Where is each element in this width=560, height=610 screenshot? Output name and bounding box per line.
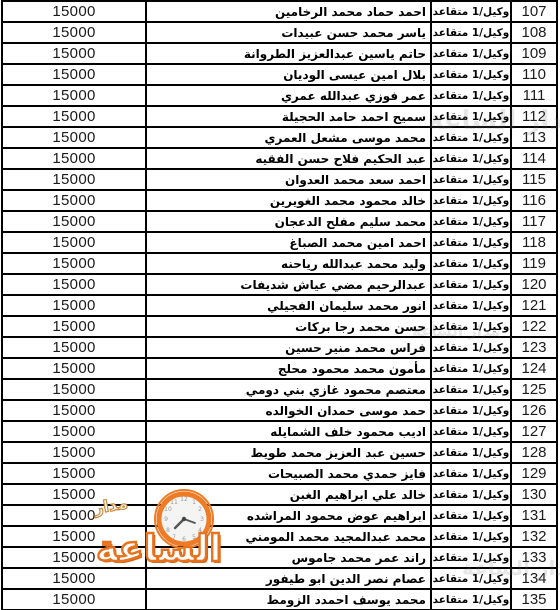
row-number-cell: 109 bbox=[511, 43, 557, 64]
table-row: 15000 ياسر محمد حسن عبيدات وكيل/1 متقاعد… bbox=[2, 22, 557, 43]
amount-cell: 15000 bbox=[2, 127, 146, 148]
row-number-cell: 128 bbox=[511, 442, 557, 463]
rank-cell: وكيل/1 متقاعد bbox=[431, 484, 511, 505]
name-cell: محمد عبدالمجيد محمد المومني bbox=[146, 526, 431, 547]
row-number-cell: 107 bbox=[511, 1, 557, 22]
amount-cell: 15000 bbox=[2, 106, 146, 127]
name-cell: فايز حمدي محمد الصبيحات bbox=[146, 463, 431, 484]
name-cell: محمد يوسف احمدد الزومط bbox=[146, 589, 431, 610]
row-number-cell: 124 bbox=[511, 358, 557, 379]
rank-cell: وكيل/1 متقاعد bbox=[431, 505, 511, 526]
table-row: 15000 محمد عبدالمجيد محمد المومني وكيل/1… bbox=[2, 526, 557, 547]
rank-cell: وكيل/1 متقاعد bbox=[431, 148, 511, 169]
amount-cell: 15000 bbox=[2, 253, 146, 274]
table-body: 15000 احمد حماد محمد الرخامين وكيل/1 متق… bbox=[2, 1, 557, 610]
row-number-cell: 115 bbox=[511, 169, 557, 190]
name-cell: راند عمر محمد جاموس bbox=[146, 547, 431, 568]
name-cell: محمد سليم مفلح الدعجان bbox=[146, 211, 431, 232]
amount-cell: 15000 bbox=[2, 232, 146, 253]
rank-cell: وكيل/1 متقاعد bbox=[431, 169, 511, 190]
table-row: 15000 عبد الحكيم فلاح حسن الفقيه وكيل/1 … bbox=[2, 148, 557, 169]
amount-cell: 15000 bbox=[2, 337, 146, 358]
amount-cell: 15000 bbox=[2, 568, 146, 589]
name-cell: خالد علي ابراهيم الغبن bbox=[146, 484, 431, 505]
row-number-cell: 113 bbox=[511, 127, 557, 148]
row-number-cell: 132 bbox=[511, 526, 557, 547]
table-row: 15000 حمد موسى حمدان الخوالده وكيل/1 متق… bbox=[2, 400, 557, 421]
table-row: 15000 فايز حمدي محمد الصبيحات وكيل/1 متق… bbox=[2, 463, 557, 484]
rank-cell: وكيل/1 متقاعد bbox=[431, 547, 511, 568]
amount-cell: 15000 bbox=[2, 64, 146, 85]
row-number-cell: 111 bbox=[511, 85, 557, 106]
rank-cell: وكيل/1 متقاعد bbox=[431, 232, 511, 253]
name-cell: اديب محمود خلف الشمايله bbox=[146, 421, 431, 442]
row-number-cell: 127 bbox=[511, 421, 557, 442]
row-number-cell: 133 bbox=[511, 547, 557, 568]
rank-cell: وكيل/1 متقاعد bbox=[431, 379, 511, 400]
amount-cell: 15000 bbox=[2, 190, 146, 211]
table-row: 15000 وليد محمد عبدالله رياحنه وكيل/1 مت… bbox=[2, 253, 557, 274]
amount-cell: 15000 bbox=[2, 589, 146, 610]
table-row: 15000 احمد حماد محمد الرخامين وكيل/1 متق… bbox=[2, 1, 557, 22]
name-cell: احمد امين محمد الصباغ bbox=[146, 232, 431, 253]
amount-cell: 15000 bbox=[2, 526, 146, 547]
name-cell: ياسر محمد حسن عبيدات bbox=[146, 22, 431, 43]
table-row: 15000 سميح احمد حامد الحجيلة وكيل/1 متقا… bbox=[2, 106, 557, 127]
screenshot-root: { "table": { "rows": [ {"no":"107","name… bbox=[0, 0, 560, 610]
amount-cell: 15000 bbox=[2, 379, 146, 400]
amount-cell: 15000 bbox=[2, 400, 146, 421]
rank-cell: وكيل/1 متقاعد bbox=[431, 1, 511, 22]
name-cell: سميح احمد حامد الحجيلة bbox=[146, 106, 431, 127]
pension-table: 15000 احمد حماد محمد الرخامين وكيل/1 متق… bbox=[1, 0, 558, 610]
table-row: 15000 عصام نصر الدين ابو طيفور وكيل/1 مت… bbox=[2, 568, 557, 589]
name-cell: حمد موسى حمدان الخوالده bbox=[146, 400, 431, 421]
rank-cell: وكيل/1 متقاعد bbox=[431, 274, 511, 295]
name-cell: عمر فوزي عبدالله عمري bbox=[146, 85, 431, 106]
amount-cell: 15000 bbox=[2, 211, 146, 232]
row-number-cell: 122 bbox=[511, 316, 557, 337]
amount-cell: 15000 bbox=[2, 148, 146, 169]
row-number-cell: 125 bbox=[511, 379, 557, 400]
name-cell: محمد موسى مشعل العمري bbox=[146, 127, 431, 148]
table-row: 15000 حسن محمد رجا بركات وكيل/1 متقاعد 1… bbox=[2, 316, 557, 337]
row-number-cell: 119 bbox=[511, 253, 557, 274]
row-number-cell: 116 bbox=[511, 190, 557, 211]
row-number-cell: 135 bbox=[511, 589, 557, 610]
table-row: 15000 عمر فوزي عبدالله عمري وكيل/1 متقاع… bbox=[2, 85, 557, 106]
rank-cell: وكيل/1 متقاعد bbox=[431, 190, 511, 211]
name-cell: بلال امين عيسى الوديان bbox=[146, 64, 431, 85]
row-number-cell: 120 bbox=[511, 274, 557, 295]
table-row: 15000 فراس محمد منير حسين وكيل/1 متقاعد … bbox=[2, 337, 557, 358]
table-row: 15000 انور محمد سليمان الفجيلي وكيل/1 مت… bbox=[2, 295, 557, 316]
amount-cell: 15000 bbox=[2, 547, 146, 568]
table-row: 15000 اديب محمود خلف الشمايله وكيل/1 متق… bbox=[2, 421, 557, 442]
amount-cell: 15000 bbox=[2, 85, 146, 106]
rank-cell: وكيل/1 متقاعد bbox=[431, 400, 511, 421]
name-cell: خالد محمود محمد الغويرين bbox=[146, 190, 431, 211]
table-row: 15000 خالد علي ابراهيم الغبن وكيل/1 متقا… bbox=[2, 484, 557, 505]
amount-cell: 15000 bbox=[2, 43, 146, 64]
name-cell: حاتم ياسين عبدالعزيز الطروانة bbox=[146, 43, 431, 64]
table-row: 15000 خالد محمود محمد الغويرين وكيل/1 مت… bbox=[2, 190, 557, 211]
table-row: 15000 عبدالرحيم مضي عياش شديفات وكيل/1 م… bbox=[2, 274, 557, 295]
row-number-cell: 129 bbox=[511, 463, 557, 484]
row-number-cell: 131 bbox=[511, 505, 557, 526]
table-row: 15000 احمد سعد محمد العدوان وكيل/1 متقاع… bbox=[2, 169, 557, 190]
row-number-cell: 108 bbox=[511, 22, 557, 43]
name-cell: حسن محمد رجا بركات bbox=[146, 316, 431, 337]
amount-cell: 15000 bbox=[2, 442, 146, 463]
amount-cell: 15000 bbox=[2, 505, 146, 526]
row-number-cell: 114 bbox=[511, 148, 557, 169]
name-cell: عبد الحكيم فلاح حسن الفقيه bbox=[146, 148, 431, 169]
rank-cell: وكيل/1 متقاعد bbox=[431, 295, 511, 316]
table-row: 15000 محمد سليم مفلح الدعجان وكيل/1 متقا… bbox=[2, 211, 557, 232]
table-row: 15000 حسين عبد العزيز محمد طويط وكيل/1 م… bbox=[2, 442, 557, 463]
row-number-cell: 110 bbox=[511, 64, 557, 85]
amount-cell: 15000 bbox=[2, 463, 146, 484]
amount-cell: 15000 bbox=[2, 358, 146, 379]
rank-cell: وكيل/1 متقاعد bbox=[431, 589, 511, 610]
name-cell: فراس محمد منير حسين bbox=[146, 337, 431, 358]
row-number-cell: 112 bbox=[511, 106, 557, 127]
table-row: 15000 معتصم محمود غازي بني دومي وكيل/1 م… bbox=[2, 379, 557, 400]
table-row: 15000 احمد امين محمد الصباغ وكيل/1 متقاع… bbox=[2, 232, 557, 253]
amount-cell: 15000 bbox=[2, 22, 146, 43]
amount-cell: 15000 bbox=[2, 295, 146, 316]
row-number-cell: 134 bbox=[511, 568, 557, 589]
rank-cell: وكيل/1 متقاعد bbox=[431, 421, 511, 442]
rank-cell: وكيل/1 متقاعد bbox=[431, 463, 511, 484]
rank-cell: وكيل/1 متقاعد bbox=[431, 211, 511, 232]
name-cell: ابراهيم عوض محمود المراشده bbox=[146, 505, 431, 526]
name-cell: عصام نصر الدين ابو طيفور bbox=[146, 568, 431, 589]
amount-cell: 15000 bbox=[2, 274, 146, 295]
rank-cell: وكيل/1 متقاعد bbox=[431, 22, 511, 43]
amount-cell: 15000 bbox=[2, 316, 146, 337]
row-number-cell: 123 bbox=[511, 337, 557, 358]
row-number-cell: 117 bbox=[511, 211, 557, 232]
name-cell: حسين عبد العزيز محمد طويط bbox=[146, 442, 431, 463]
rank-cell: وكيل/1 متقاعد bbox=[431, 106, 511, 127]
rank-cell: وكيل/1 متقاعد bbox=[431, 64, 511, 85]
amount-cell: 15000 bbox=[2, 421, 146, 442]
rank-cell: وكيل/1 متقاعد bbox=[431, 316, 511, 337]
rank-cell: وكيل/1 متقاعد bbox=[431, 526, 511, 547]
rank-cell: وكيل/1 متقاعد bbox=[431, 85, 511, 106]
name-cell: معتصم محمود غازي بني دومي bbox=[146, 379, 431, 400]
row-number-cell: 130 bbox=[511, 484, 557, 505]
table-row: 15000 محمد موسى مشعل العمري وكيل/1 متقاع… bbox=[2, 127, 557, 148]
table-row: 15000 بلال امين عيسى الوديان وكيل/1 متقا… bbox=[2, 64, 557, 85]
name-cell: عبدالرحيم مضي عياش شديفات bbox=[146, 274, 431, 295]
rank-cell: وكيل/1 متقاعد bbox=[431, 568, 511, 589]
name-cell: احمد سعد محمد العدوان bbox=[146, 169, 431, 190]
name-cell: وليد محمد عبدالله رياحنه bbox=[146, 253, 431, 274]
table-row: 15000 محمد يوسف احمدد الزومط وكيل/1 متقا… bbox=[2, 589, 557, 610]
rank-cell: وكيل/1 متقاعد bbox=[431, 358, 511, 379]
rank-cell: وكيل/1 متقاعد bbox=[431, 337, 511, 358]
row-number-cell: 126 bbox=[511, 400, 557, 421]
rank-cell: وكيل/1 متقاعد bbox=[431, 127, 511, 148]
name-cell: انور محمد سليمان الفجيلي bbox=[146, 295, 431, 316]
name-cell: احمد حماد محمد الرخامين bbox=[146, 1, 431, 22]
rank-cell: وكيل/1 متقاعد bbox=[431, 43, 511, 64]
amount-cell: 15000 bbox=[2, 169, 146, 190]
table-row: 15000 مأمون محمد محمود محلج وكيل/1 متقاع… bbox=[2, 358, 557, 379]
row-number-cell: 121 bbox=[511, 295, 557, 316]
table-row: 15000 حاتم ياسين عبدالعزيز الطروانة وكيل… bbox=[2, 43, 557, 64]
row-number-cell: 118 bbox=[511, 232, 557, 253]
rank-cell: وكيل/1 متقاعد bbox=[431, 253, 511, 274]
table-row: 15000 راند عمر محمد جاموس وكيل/1 متقاعد … bbox=[2, 547, 557, 568]
name-cell: مأمون محمد محمود محلج bbox=[146, 358, 431, 379]
table-row: 15000 ابراهيم عوض محمود المراشده وكيل/1 … bbox=[2, 505, 557, 526]
rank-cell: وكيل/1 متقاعد bbox=[431, 442, 511, 463]
amount-cell: 15000 bbox=[2, 1, 146, 22]
amount-cell: 15000 bbox=[2, 484, 146, 505]
